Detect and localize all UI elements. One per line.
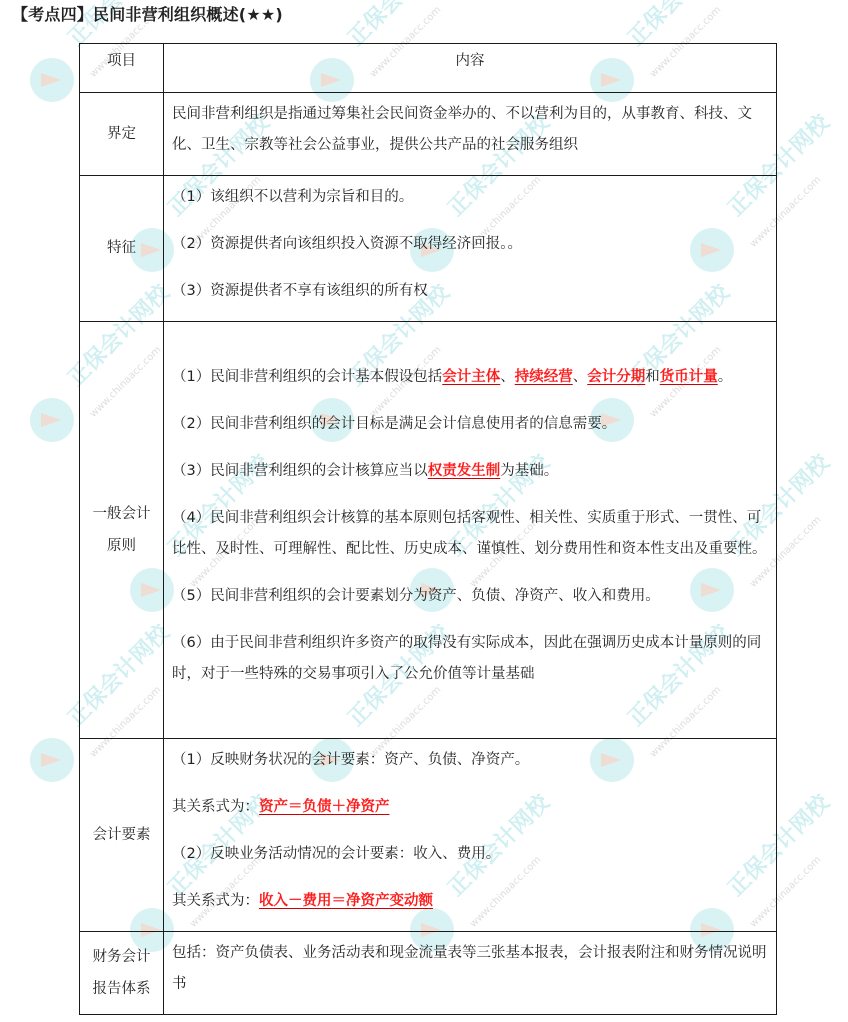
row-content: 民间非营利组织是指通过筹集社会民间资金举办的、不以营利为目的，从事教育、科技、文… (164, 93, 777, 176)
content-paragraph: 民间非营利组织是指通过筹集社会民间资金举办的、不以营利为目的，从事教育、科技、文… (172, 99, 768, 161)
row-label-line: 一般会计 (82, 498, 161, 530)
content-paragraph: （1）民间非营利组织的会计基本假设包括会计主体、持续经营、会计分期和货币计量。 (172, 362, 768, 393)
content-paragraph: （2）资源提供者向该组织投入资源不取得经济回报。。 (172, 229, 768, 260)
header-content: 内容 (164, 44, 777, 93)
table-header-row: 项目 内容 (80, 44, 777, 93)
row-label-line: 报告体系 (82, 973, 161, 1005)
row-label-line: 特征 (82, 233, 161, 264)
watermark-logo-icon (30, 58, 74, 102)
paragraph-text: （2）资源提供者向该组织投入资源不取得经济回报。。 (172, 236, 522, 252)
content-paragraph: （2）反映业务活动情况的会计要素：收入、费用。 (172, 839, 768, 870)
row-label: 会计要素 (80, 739, 164, 932)
row-content: （1）该组织不以营利为宗旨和目的。（2）资源提供者向该组织投入资源不取得经济回报… (164, 176, 777, 322)
row-content: （1）反映财务状况的会计要素：资产、负债、净资产。其关系式为：资产＝负债＋净资产… (164, 739, 777, 932)
paragraph-text: （1）民间非营利组织的会计基本假设包括 (172, 369, 442, 385)
content-paragraph: （4）民间非营利组织会计核算的基本原则包括客观性、相关性、实质重于形式、一贯性、… (172, 503, 768, 565)
paragraph-text: 民间非营利组织是指通过筹集社会民间资金举办的、不以营利为目的，从事教育、科技、文… (172, 106, 752, 153)
paragraph-text: 其关系式为： (172, 799, 259, 815)
content-paragraph: （3）民间非营利组织的会计核算应当以权责发生制为基础。 (172, 456, 768, 487)
row-label-line: 财务会计 (82, 941, 161, 973)
content-paragraph: 包括：资产负债表、业务活动表和现金流量表等三张基本报表，会计报表附注和财务情况说… (172, 938, 768, 1000)
page-title: 【考点四】民间非营利组织概述(★★) (12, 2, 283, 25)
highlighted-term: 收入－费用＝净资产变动额 (259, 893, 433, 909)
row-label-line: 会计要素 (82, 820, 161, 851)
content-paragraph: 其关系式为：收入－费用＝净资产变动额 (172, 886, 768, 917)
paragraph-text: （3）资源提供者不享有该组织的所有权 (172, 283, 428, 299)
row-content: 包括：资产负债表、业务活动表和现金流量表等三张基本报表，会计报表附注和财务情况说… (164, 932, 777, 1015)
paragraph-text: 。 (718, 369, 733, 385)
row-label: 一般会计原则 (80, 322, 164, 739)
highlighted-term: 货币计量 (660, 369, 718, 385)
row-label: 财务会计报告体系 (80, 932, 164, 1015)
paragraph-text: （5）民间非营利组织的会计要素划分为资产、负债、净资产、收入和费用。 (172, 588, 660, 604)
highlighted-term: 持续经营 (515, 369, 573, 385)
row-content: （1）民间非营利组织的会计基本假设包括会计主体、持续经营、会计分期和货币计量。（… (164, 322, 777, 739)
paragraph-text: 和 (645, 369, 660, 385)
highlighted-term: 会计主体 (442, 369, 500, 385)
table-row: 会计要素（1）反映财务状况的会计要素：资产、负债、净资产。其关系式为：资产＝负债… (80, 739, 777, 932)
content-paragraph: （1）反映财务状况的会计要素：资产、负债、净资产。 (172, 745, 768, 776)
header-item: 项目 (80, 44, 164, 93)
content-paragraph: 其关系式为：资产＝负债＋净资产 (172, 792, 768, 823)
highlighted-term: 会计分期 (587, 369, 645, 385)
table-row: 财务会计报告体系包括：资产负债表、业务活动表和现金流量表等三张基本报表，会计报表… (80, 932, 777, 1015)
table-row: 一般会计原则（1）民间非营利组织的会计基本假设包括会计主体、持续经营、会计分期和… (80, 322, 777, 739)
paragraph-text: 包括：资产负债表、业务活动表和现金流量表等三张基本报表，会计报表附注和财务情况说… (172, 945, 767, 992)
paragraph-text: （1）反映财务状况的会计要素：资产、负债、净资产。 (172, 752, 529, 768)
table-row: 界定民间非营利组织是指通过筹集社会民间资金举办的、不以营利为目的，从事教育、科技… (80, 93, 777, 176)
paragraph-text: 为基础。 (500, 463, 558, 479)
row-label: 特征 (80, 176, 164, 322)
content-paragraph: （6）由于民间非营利组织许多资产的取得没有实际成本，因此在强调历史成本计量原则的… (172, 628, 768, 690)
paragraph-text: （3）民间非营利组织的会计核算应当以 (172, 463, 428, 479)
content-paragraph: （5）民间非营利组织的会计要素划分为资产、负债、净资产、收入和费用。 (172, 581, 768, 612)
paragraph-text: 、 (573, 369, 588, 385)
summary-table: 项目 内容 界定民间非营利组织是指通过筹集社会民间资金举办的、不以营利为目的，从… (79, 43, 777, 1015)
paragraph-text: （2）反映业务活动情况的会计要素：收入、费用。 (172, 846, 500, 862)
highlighted-term: 权责发生制 (428, 463, 501, 479)
row-label-line: 原则 (82, 530, 161, 562)
watermark-logo-icon (30, 398, 74, 442)
highlighted-term: 资产＝负债＋净资产 (259, 799, 390, 815)
paragraph-text: （1）该组织不以营利为宗旨和目的。 (172, 189, 413, 205)
content-paragraph: （2）民间非营利组织的会计目标是满足会计信息使用者的信息需要。 (172, 409, 768, 440)
row-label-line: 界定 (82, 119, 161, 150)
paragraph-text: 其关系式为： (172, 893, 259, 909)
row-label: 界定 (80, 93, 164, 176)
paragraph-text: （6）由于民间非营利组织许多资产的取得没有实际成本，因此在强调历史成本计量原则的… (172, 635, 761, 682)
content-paragraph: （3）资源提供者不享有该组织的所有权 (172, 276, 768, 307)
content-paragraph: （1）该组织不以营利为宗旨和目的。 (172, 182, 768, 213)
paragraph-text: （4）民间非营利组织会计核算的基本原则包括客观性、相关性、实质重于形式、一贯性、… (172, 510, 767, 557)
paragraph-text: （2）民间非营利组织的会计目标是满足会计信息使用者的信息需要。 (172, 416, 616, 432)
table-row: 特征（1）该组织不以营利为宗旨和目的。（2）资源提供者向该组织投入资源不取得经济… (80, 176, 777, 322)
watermark-logo-icon (30, 738, 74, 782)
paragraph-text: 、 (500, 369, 515, 385)
